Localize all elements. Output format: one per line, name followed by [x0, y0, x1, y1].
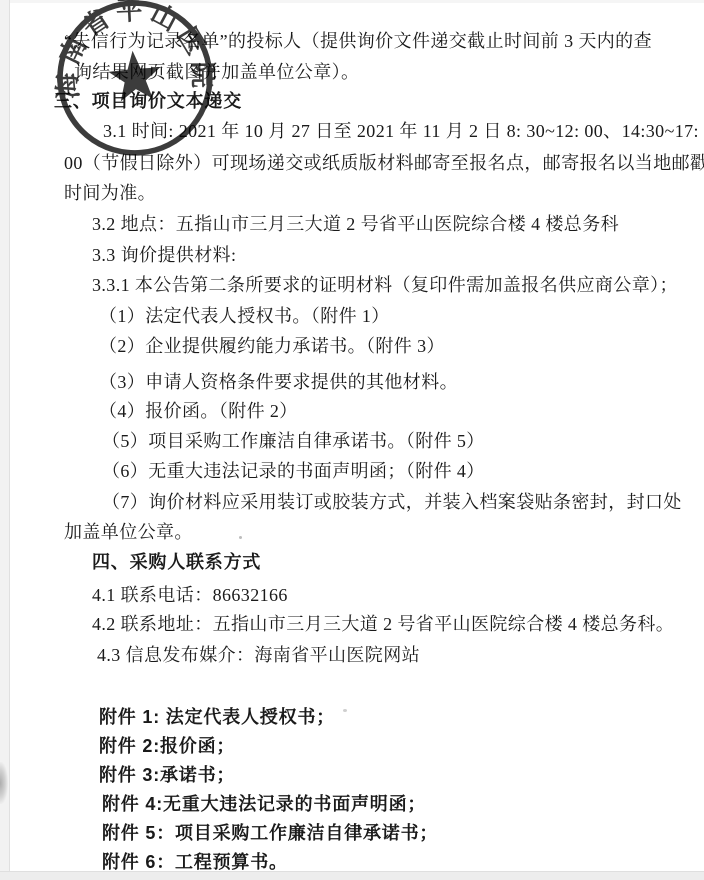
list-item: （6）无重大违法记录的书面声明函；（附件 4）	[102, 460, 485, 482]
list-item: （3）申请人资格条件要求提供的其他材料。	[99, 371, 458, 393]
scan-speck	[343, 709, 347, 712]
section-heading: 四、采购人联系方式	[92, 551, 261, 573]
contact-media: 4.3 信息发布媒介：海南省平山医院网站	[97, 644, 420, 666]
contact-phone: 4.1 联系电话：86632166	[92, 584, 288, 606]
text-line: 加盖单位公章。	[64, 521, 193, 543]
attachment-item: 附件 1: 法定代表人授权书；	[99, 706, 335, 728]
scan-speck	[239, 536, 242, 539]
list-item: （5）项目采购工作廉洁自律承诺书。（附件 5）	[102, 430, 485, 452]
text-line: 时间为准。	[64, 182, 156, 204]
attachment-item: 附件 6：工程预算书。	[102, 851, 288, 873]
attachment-item: 附件 4:无重大违法记录的书面声明函；	[102, 793, 426, 815]
list-item: （2）企业提供履约能力承诺书。（附件 3）	[99, 335, 445, 357]
attachment-item: 附件 3:承诺书；	[99, 764, 235, 786]
text-line: 3.2 地点：五指山市三月三大道 2 号省平山医院综合楼 4 楼总务科	[92, 213, 619, 235]
list-item: （1）法定代表人授权书。（附件 1）	[99, 305, 390, 327]
text-line: 3.3.1 本公告第二条所要求的证明材料（复印件需加盖报名供应商公章）；	[92, 274, 678, 296]
text-line: 3.3 询价提供材料:	[92, 244, 236, 266]
attachment-item: 附件 5：项目采购工作廉洁自律承诺书；	[102, 822, 438, 844]
scan-edge-left	[0, 0, 10, 880]
star-icon	[107, 49, 163, 103]
contact-address: 4.2 联系地址：五指山市三月三大道 2 号省平山医院综合楼 4 楼总务科。	[92, 613, 674, 635]
list-item: （4）报价函。（附件 2）	[99, 400, 298, 422]
list-item: （7）询价材料应采用装订或胶装方式，并装入档案袋贴条密封，封口处	[102, 491, 682, 513]
document-page: “失信行为记录名单”的投标人（提供询价文件递交截止时间前 3 天内的查 询结果网…	[0, 0, 704, 880]
attachment-item: 附件 2:报价函；	[99, 735, 235, 757]
official-seal-stamp: 海南省平山医院	[42, 0, 228, 172]
